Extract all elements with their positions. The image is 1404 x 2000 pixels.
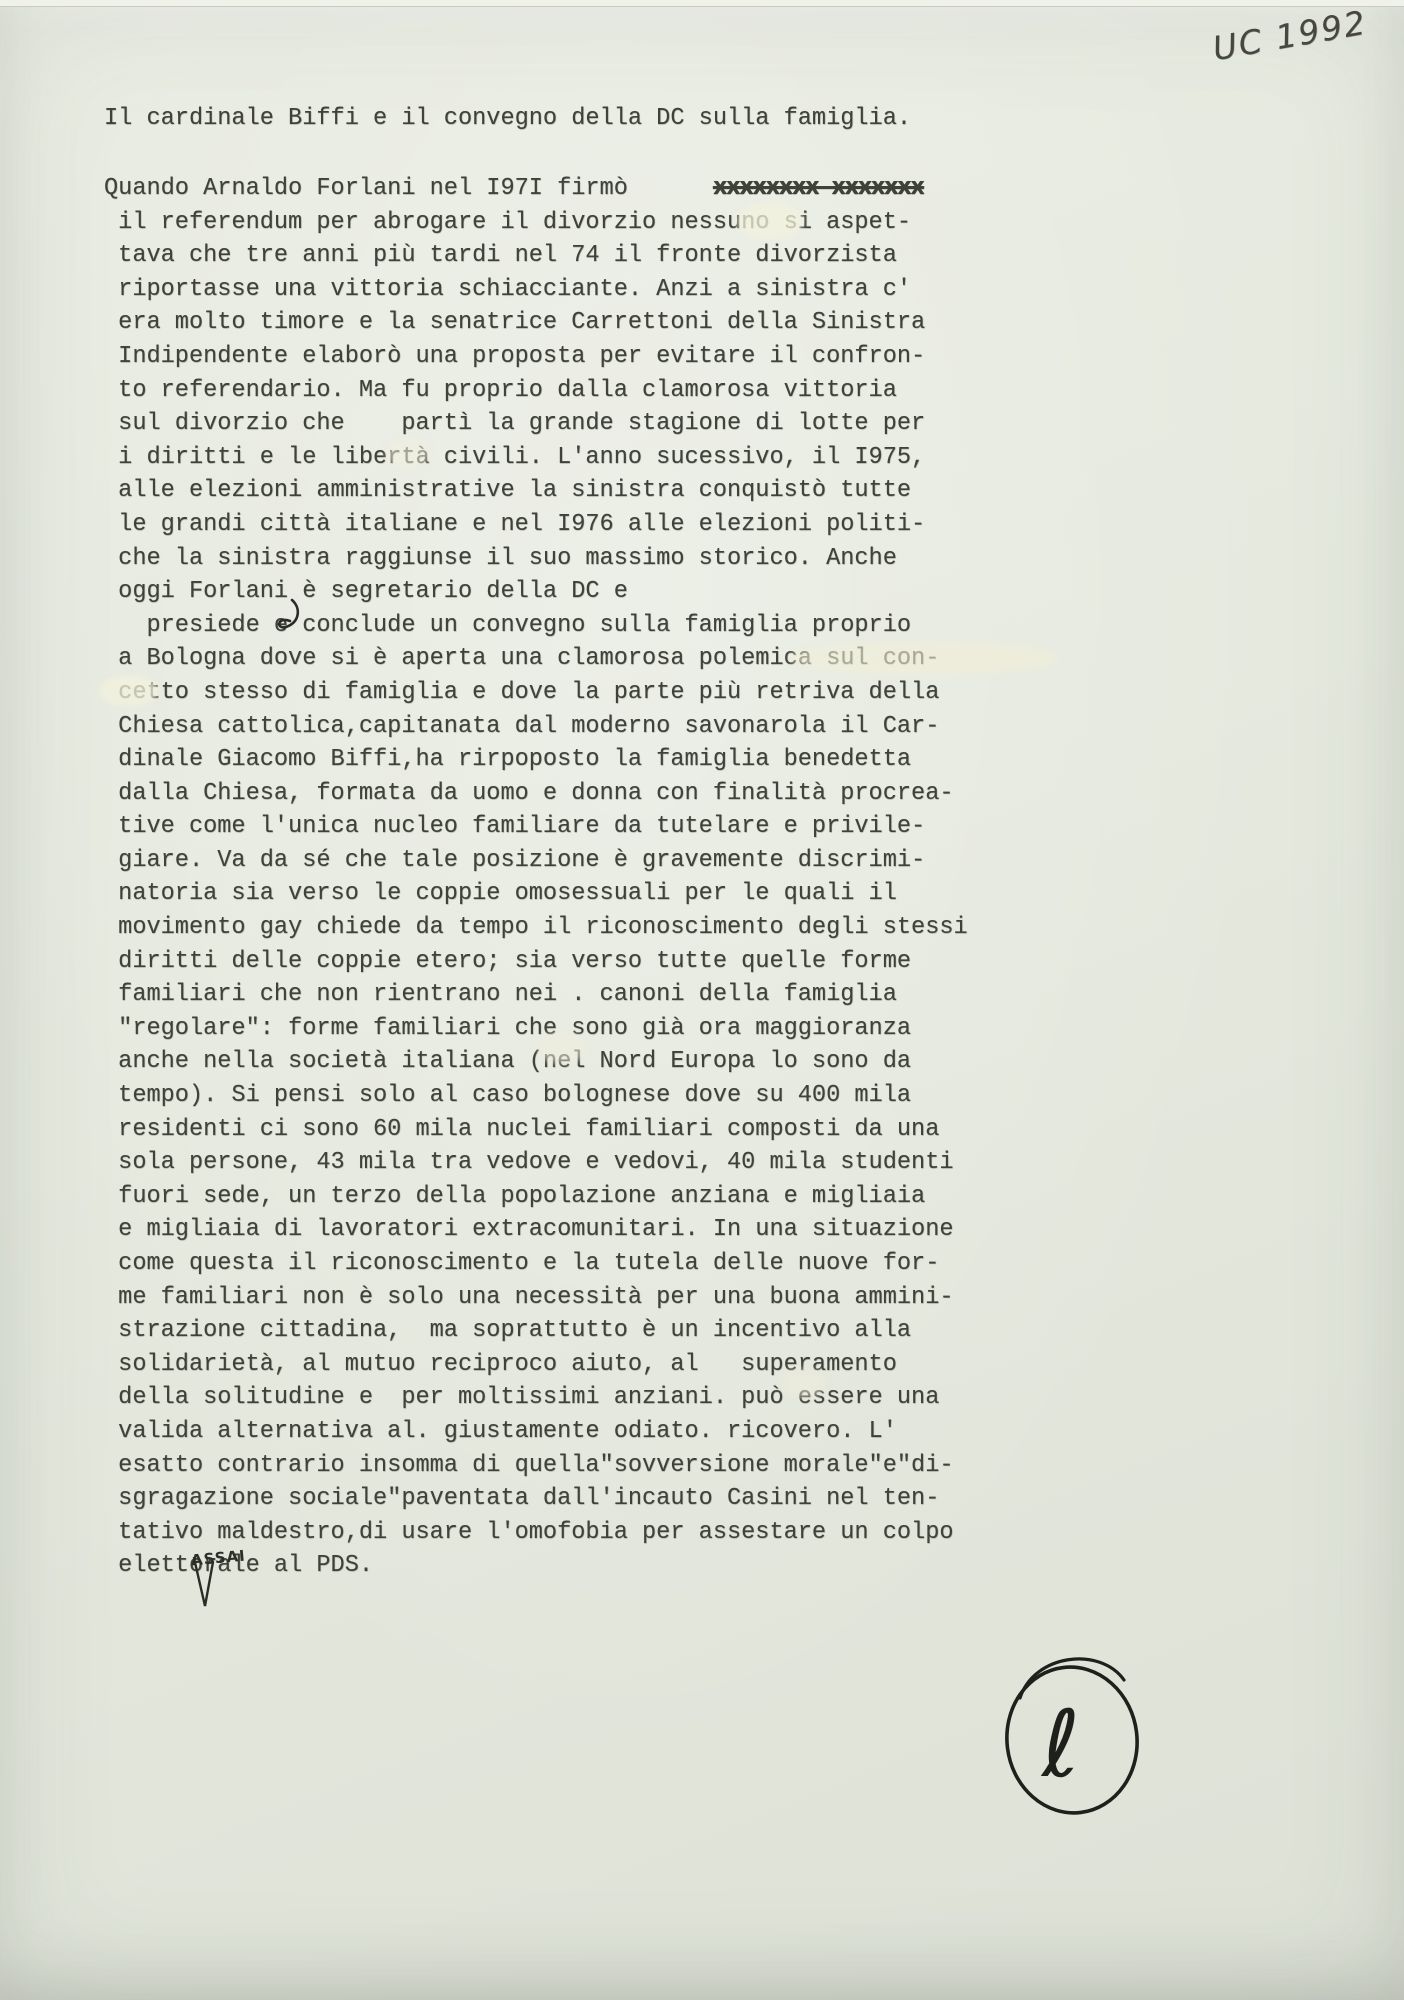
text-line: "regolare": forme familiari che sono già… <box>104 1012 968 1046</box>
text-line: dinale Giacomo Biffi,ha rirpoposto la fa… <box>104 743 968 777</box>
document-title: Il cardinale Biffi e il convegno della D… <box>104 102 911 135</box>
text-line: giare. Va da sé che tale posizione è gra… <box>104 844 968 878</box>
text-line: sola persone, 43 mila tra vedove e vedov… <box>104 1146 968 1180</box>
circled-letter: ℓ <box>1040 1691 1080 1798</box>
text-line: esatto contrario insomma di quella"sovve… <box>104 1449 968 1483</box>
text-line: solidarietà, al mutuo reciproco aiuto, a… <box>104 1348 968 1382</box>
text-line: valida alternativa al. giustamente odiat… <box>104 1415 968 1449</box>
whiteout-patch <box>780 1368 826 1398</box>
text-line: tive come l'unica nucleo familiare da tu… <box>104 810 968 844</box>
whiteout-patch <box>386 438 430 468</box>
text-line: familiari che non rientrano nei . canoni… <box>104 978 968 1012</box>
text-line: tava che tre anni più tardi nel 74 il fr… <box>104 239 968 273</box>
text-line: anche nella società italiana (nel Nord E… <box>104 1045 968 1079</box>
text-line: Chiesa cattolica,capitanata dal moderno … <box>104 710 968 744</box>
text-line: oggi Forlani è segretario della DC e <box>104 575 968 609</box>
text-line: alle elezioni amministrative la sinistra… <box>104 474 968 508</box>
text-line: tempo). Si pensi solo al caso bolognese … <box>104 1079 968 1113</box>
text-line: movimento gay chiede da tempo il riconos… <box>104 911 968 945</box>
text-line: e migliaia di lavoratori extracomunitari… <box>104 1213 968 1247</box>
text-line: era molto timore e la senatrice Carretto… <box>104 306 968 340</box>
struck-text: xxxxxxxx xxxxxxx <box>713 175 924 202</box>
text-line: le grandi città italiane e nel I976 alle… <box>104 508 968 542</box>
text-line: della solitudine e per moltissimi anzian… <box>104 1381 968 1415</box>
circled-letter-mark: ℓ <box>982 1636 1162 1831</box>
archive-code-annotation: UC 1992 <box>1210 3 1370 68</box>
text-line: residenti ci sono 60 mila nuclei familia… <box>104 1113 968 1147</box>
text-line: sul divorzio che partì la grande stagion… <box>104 407 968 441</box>
handwritten-squiggle <box>268 596 310 638</box>
scanned-document-page: UC 1992 Il cardinale Biffi e il convegno… <box>0 0 1404 2000</box>
text-line: strazione cittadina, ma soprattutto è un… <box>104 1314 968 1348</box>
typewritten-body: Quando Arnaldo Forlani nel I97I firmò xx… <box>104 172 968 1583</box>
text-line: che la sinistra raggiunse il suo massimo… <box>104 542 968 576</box>
text-line: fuori sede, un terzo della popolazione a… <box>104 1180 968 1214</box>
text-line: sgragazione sociale"paventata dall'incau… <box>104 1482 968 1516</box>
insert-caret-icon <box>182 1552 226 1614</box>
text-line: il referendum per abrogare il divorzio n… <box>104 206 968 240</box>
text-line: Indipendente elaborò una proposta per ev… <box>104 340 968 374</box>
scan-edge <box>0 0 1404 7</box>
text-line: presiede e conclude un convegno sulla fa… <box>104 609 968 643</box>
text-line: to referendario. Ma fu proprio dalla cla… <box>104 374 968 408</box>
text-line: tativo maldestro,di usare l'omofobia per… <box>104 1516 968 1550</box>
text-line: riportasse una vittoria schiacciante. An… <box>104 273 968 307</box>
text-line: dalla Chiesa, formata da uomo e donna co… <box>104 777 968 811</box>
text-line: i diritti e le libertà civili. L'anno su… <box>104 441 968 475</box>
whiteout-patch <box>737 203 803 239</box>
text-line: come questa il riconoscimento e la tutel… <box>104 1247 968 1281</box>
whiteout-patch <box>790 642 1058 674</box>
text-line: cetto stesso di famiglia e dove la parte… <box>104 676 968 710</box>
text-line: me familiari non è solo una necessità pe… <box>104 1281 968 1315</box>
text-line: diritti delle coppie etero; sia verso tu… <box>104 945 968 979</box>
whiteout-patch <box>100 676 158 706</box>
whiteout-patch <box>538 1032 586 1064</box>
text-line: natoria sia verso le coppie omosessuali … <box>104 877 968 911</box>
text-line: Quando Arnaldo Forlani nel I97I firmò xx… <box>104 172 968 206</box>
